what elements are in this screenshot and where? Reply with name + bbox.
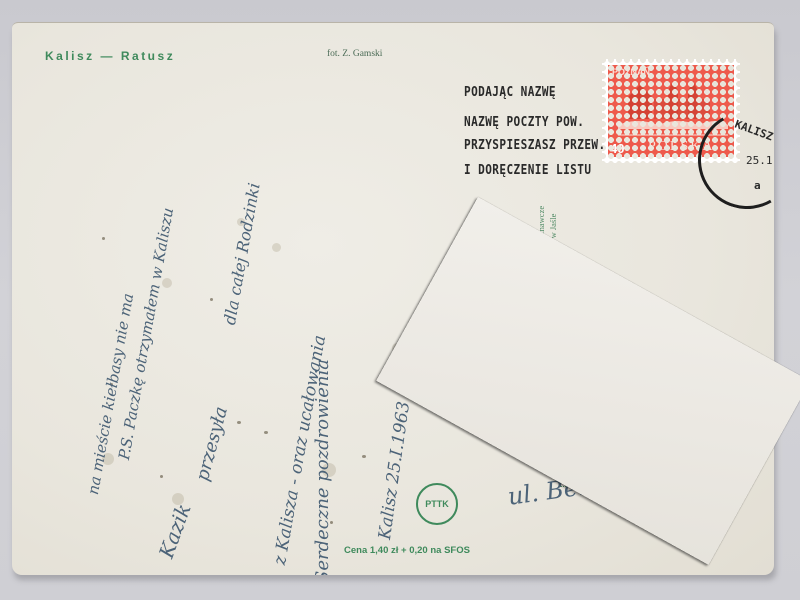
photo-credit: fot. Z. Gamski — [327, 49, 382, 59]
stain — [102, 237, 105, 240]
postmark-slogan-line-1: PODAJĄC NAZWĘ — [464, 85, 556, 100]
postcard-title: Kalisz — Ratusz — [45, 49, 175, 63]
stain — [362, 455, 366, 458]
stain — [160, 475, 163, 478]
postmark-slogan-line-2: NAZWĘ POCZTY POW. — [464, 115, 584, 130]
postmark-slogan-line-3: PRZYSPIESZASZ PRZEW. — [464, 138, 606, 153]
price-line: Cena 1,40 zł + 0,20 na SFOS — [344, 545, 470, 556]
stain — [237, 421, 241, 424]
handwritten-place-date: Kalisz 25.I.1963 — [375, 400, 414, 541]
handwritten-line-4: przesyła — [192, 404, 232, 483]
stamp-value: 40 — [610, 141, 624, 156]
postmark-letter: a — [754, 179, 761, 192]
logo-text: PTTK — [425, 499, 449, 509]
postmark-slogan-line-4: I DORĘCZENIE LISTU — [464, 163, 591, 178]
handwritten-signature: Kazik — [154, 500, 196, 561]
pttk-logo-icon: PTTK — [416, 483, 458, 525]
stain — [210, 298, 213, 301]
postmark-date: 25.1.63 — [746, 154, 774, 167]
stain — [264, 431, 268, 434]
handwritten-line-3: dla całej Rodzinki — [220, 181, 264, 326]
stain — [272, 243, 281, 252]
stamp-city: POZNAŃ — [612, 67, 650, 77]
